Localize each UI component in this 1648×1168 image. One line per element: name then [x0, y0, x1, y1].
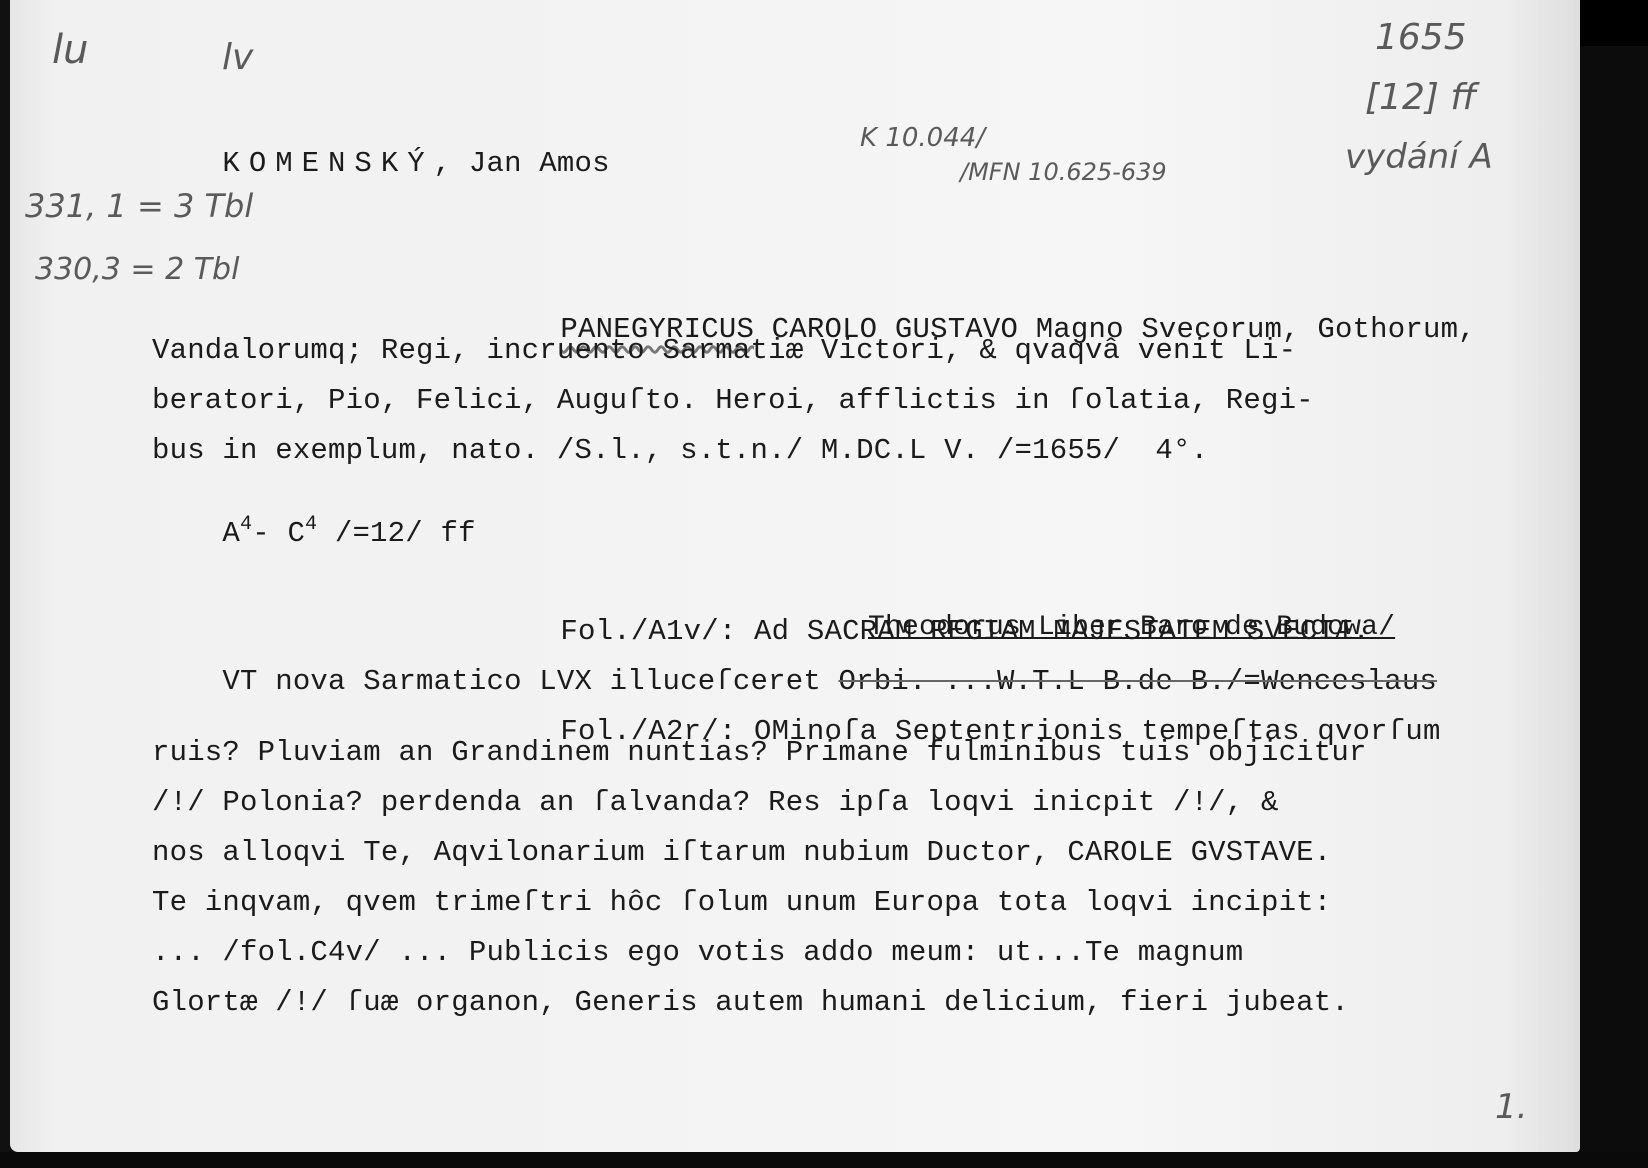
scan-left-edge	[0, 0, 10, 1168]
author-surname: KOMENSKÝ	[222, 147, 433, 180]
title-line-2: Vandalorumq; Regi, incruento Sarmatiæ Vi…	[152, 336, 1296, 365]
handwritten-year: 1655	[1375, 20, 1467, 56]
body-line-6: Glortæ /!/ ſuæ organon, Generis autem hu…	[152, 988, 1349, 1017]
collation-count: /=12/ ff	[317, 517, 475, 550]
author-given-name: , Jan Amos	[434, 147, 610, 180]
handwritten-extent: [12] ff	[1365, 80, 1476, 116]
scan-right-border-top	[1580, 0, 1648, 46]
collation-sup-1: 4	[240, 513, 252, 536]
handwritten-mark-1: lu	[52, 30, 88, 70]
body-line-1: ruis? Pluviam an Grandinem nuntias? Prim…	[152, 738, 1367, 767]
handwritten-edition: vydání A	[1345, 140, 1493, 174]
scan-bottom-border	[0, 1152, 1648, 1168]
handwritten-call-number-1: K 10.044/	[860, 125, 985, 151]
body-line-4: Te inqvam, qvem trimeſtri hôc ſolum unum…	[152, 888, 1331, 917]
imprint-line: bus in exemplum, nato. /S.l., s.t.n./ M.…	[152, 436, 1208, 465]
body-line-2: /!/ Polonia? perdenda an ſalvanda? Res i…	[152, 788, 1279, 817]
handwritten-shelf-number-2: 330,3 = 2 Tbl	[35, 255, 239, 285]
collation-line: A4- C4 /=12/ ff	[152, 486, 476, 577]
body-line-5: ... /fol.C4v/ ... Publicis ego votis add…	[152, 938, 1243, 967]
title-line-3: beratori, Pio, Felici, Auguſto. Heroi, a…	[152, 386, 1314, 415]
handwritten-card-number: 1.	[1495, 1090, 1527, 1124]
body-line-3: nos alloqvi Te, Aqvilonarium iſtarum nub…	[152, 838, 1331, 867]
collation-sup-2: 4	[305, 513, 317, 536]
collation-start: A	[222, 517, 240, 550]
scan-right-border	[1580, 0, 1648, 1168]
handwritten-call-number-2: /MFN 10.625-639	[960, 160, 1167, 184]
handwritten-mark-2: lv	[222, 40, 253, 76]
catalog-card: lu lv 331, 1 = 3 Tbl 330,3 = 2 Tbl K 10.…	[10, 0, 1580, 1152]
author-heading: KOMENSKÝ, Jan Amos	[152, 120, 610, 207]
collation-end: - C	[252, 517, 305, 550]
